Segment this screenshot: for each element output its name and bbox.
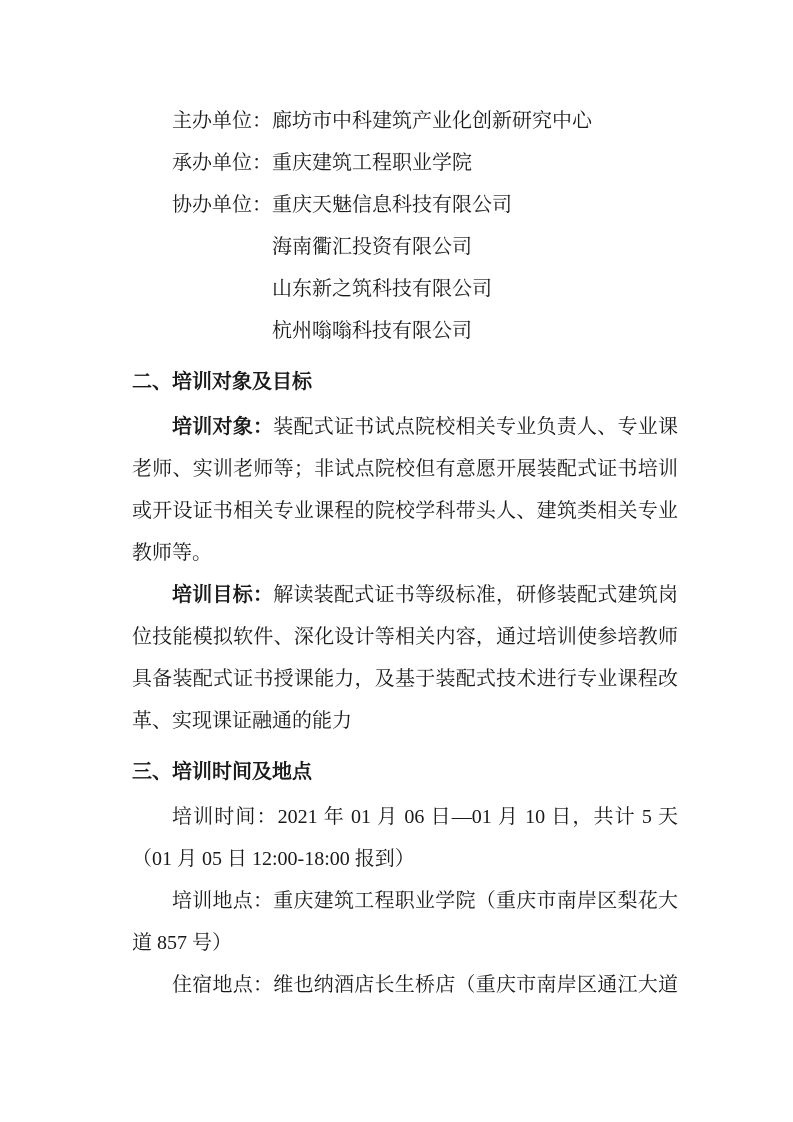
lodging-paragraph: 住宿地点：维也纳酒店长生桥店（重庆市南岸区通江大道 [132,964,678,1006]
paragraph-line: 位技能模拟软件、深化设计等相关内容，通过培训使参培教师 [132,616,678,658]
paragraph-line: 具备装配式证书授课能力，及基于装配式技术进行专业课程改 [132,658,678,700]
organizer-label: 协办单位： [172,194,272,216]
paragraph-line: 革、实现课证融通的能力 [132,700,678,742]
section-heading-targets: 二、培训对象及目标 [132,361,678,403]
organizer-line-coorganizer: 协办单位：重庆天魅信息科技有限公司 [132,184,678,226]
section-heading-time-place: 三、培训时间及地点 [132,751,678,793]
training-target-paragraph: 培训对象：装配式证书试点院校相关专业负责人、专业课 老师、实训老师等；非试点院校… [132,406,678,574]
organizer-line-undertaker: 承办单位：重庆建筑工程职业学院 [132,142,678,184]
organizer-line-host: 主办单位：廊坊市中科建筑产业化创新研究中心 [132,100,678,142]
organizer-label: 承办单位： [172,152,272,174]
paragraph-line: （01 月 05 日 12:00-18:00 报到） [132,838,678,880]
organizer-block: 主办单位：廊坊市中科建筑产业化创新研究中心 承办单位：重庆建筑工程职业学院 协办… [132,100,678,352]
paragraph-line: 道 857 号） [132,922,678,964]
organizer-label: 主办单位： [172,110,272,132]
paragraph-line: 培训对象：装配式证书试点院校相关专业负责人、专业课 [132,406,678,448]
co-organizer-extra: 杭州嗡嗡科技有限公司 [132,310,678,352]
training-venue-paragraph: 培训地点：重庆建筑工程职业学院（重庆市南岸区梨花大 道 857 号） [132,880,678,964]
training-target-label: 培训对象： [172,416,273,438]
paragraph-text: 解读装配式证书等级标准，研修装配式建筑岗 [273,584,678,606]
training-goal-paragraph: 培训目标：解读装配式证书等级标准，研修装配式建筑岗 位技能模拟软件、深化设计等相… [132,574,678,742]
paragraph-line: 培训地点：重庆建筑工程职业学院（重庆市南岸区梨花大 [132,880,678,922]
paragraph-line: 住宿地点：维也纳酒店长生桥店（重庆市南岸区通江大道 [132,964,678,1006]
organizer-value: 重庆建筑工程职业学院 [272,152,472,174]
paragraph-line: 老师、实训老师等；非试点院校但有意愿开展装配式证书培训 [132,448,678,490]
paragraph-text: 装配式证书试点院校相关专业负责人、专业课 [273,416,678,438]
training-time-paragraph: 培训时间：2021 年 01 月 06 日—01 月 10 日，共计 5 天 （… [132,796,678,880]
paragraph-line: 培训时间：2021 年 01 月 06 日—01 月 10 日，共计 5 天 [132,796,678,838]
document-page: 主办单位：廊坊市中科建筑产业化创新研究中心 承办单位：重庆建筑工程职业学院 协办… [132,100,678,1006]
paragraph-line: 培训目标：解读装配式证书等级标准，研修装配式建筑岗 [132,574,678,616]
organizer-value: 重庆天魅信息科技有限公司 [272,194,512,216]
paragraph-line: 或开设证书相关专业课程的院校学科带头人、建筑类相关专业 [132,490,678,532]
organizer-value: 廊坊市中科建筑产业化创新研究中心 [272,110,592,132]
paragraph-line: 教师等。 [132,532,678,574]
co-organizer-extra: 海南衢汇投资有限公司 [132,226,678,268]
co-organizer-extra: 山东新之筑科技有限公司 [132,268,678,310]
training-goal-label: 培训目标： [172,584,273,606]
